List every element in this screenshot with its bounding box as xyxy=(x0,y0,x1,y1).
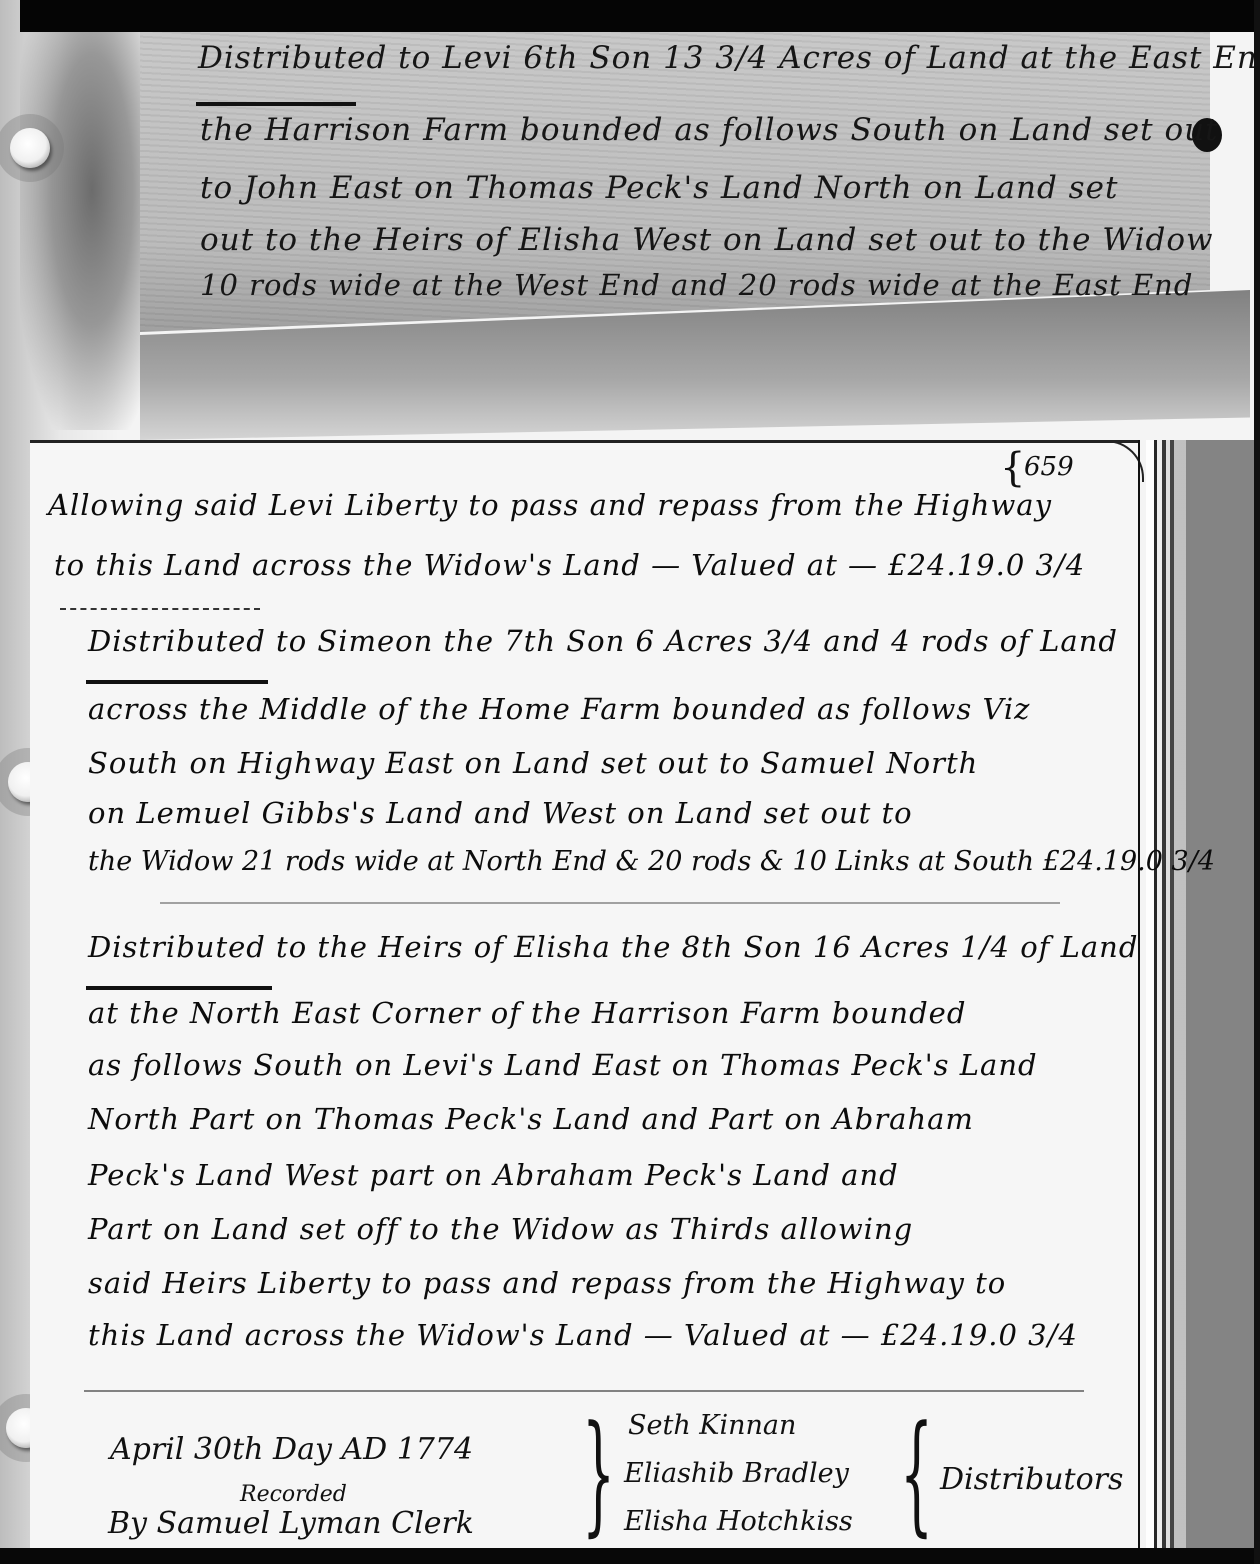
heading-underline xyxy=(86,680,268,684)
scan-shadow xyxy=(20,30,140,430)
distributor-2: Eliashib Bradley xyxy=(624,1458,849,1489)
scan-top-border xyxy=(20,0,1260,32)
footer-rule xyxy=(84,1390,1084,1392)
distributors-label: Distributors xyxy=(940,1462,1123,1497)
heading-underline xyxy=(196,102,356,106)
scan-bottom-border xyxy=(0,1548,1260,1564)
entry-3-line-6: Part on Land set off to the Widow as Thi… xyxy=(88,1212,913,1246)
page-number-brace: { xyxy=(1000,448,1025,488)
entry-1-line-1: Allowing said Levi Liberty to pass and r… xyxy=(48,488,1052,522)
entry-3-line-8: this Land across the Widow's Land — Valu… xyxy=(88,1318,1078,1352)
recorded-by-clerk: By Samuel Lyman Clerk xyxy=(108,1506,474,1541)
separator-rule xyxy=(160,902,1060,904)
entry-2-line-3: South on Highway East on Land set out to… xyxy=(88,746,978,780)
heading-underline xyxy=(86,986,272,990)
distributors-left-brace: } xyxy=(582,1408,615,1538)
slip-line-5: 10 rods wide at the West End and 20 rods… xyxy=(200,268,1193,302)
record-date: April 30th Day AD 1774 xyxy=(110,1432,473,1467)
entry-3-line-1: Distributed to the Heirs of Elisha the 8… xyxy=(88,930,1138,964)
entry-3-line-3: as follows South on Levi's Land East on … xyxy=(88,1048,1038,1082)
entry-2-line-1: Distributed to Simeon the 7th Son 6 Acre… xyxy=(88,624,1118,658)
entry-3-line-7: said Heirs Liberty to pass and repass fr… xyxy=(88,1266,1006,1300)
entry-3-line-5: Peck's Land West part on Abraham Peck's … xyxy=(88,1158,899,1192)
entry-2-line-5: the Widow 21 rods wide at North End & 20… xyxy=(88,846,1215,877)
page-number: 659 xyxy=(1024,452,1074,482)
entry-2-line-2: across the Middle of the Home Farm bound… xyxy=(88,692,1030,726)
distributor-1: Seth Kinnan xyxy=(628,1410,796,1441)
entry-2-line-4: on Lemuel Gibbs's Land and West on Land … xyxy=(88,796,913,830)
separator-dashes xyxy=(60,608,260,610)
scan-right-border xyxy=(1254,0,1260,1564)
entry-3-line-2: at the North East Corner of the Harrison… xyxy=(88,996,966,1030)
page-edge-line xyxy=(1138,440,1140,1548)
entry-3-line-4: North Part on Thomas Peck's Land and Par… xyxy=(88,1102,974,1136)
slip-line-1: Distributed to Levi 6th Son 13 3/4 Acres… xyxy=(198,40,1260,76)
binder-hole-top xyxy=(10,128,50,168)
recorded-label: Recorded xyxy=(240,1482,347,1507)
slip-line-2: the Harrison Farm bounded as follows Sou… xyxy=(200,112,1219,148)
slip-line-4: out to the Heirs of Elisha West on Land … xyxy=(200,222,1214,258)
entry-1-line-2: to this Land across the Widow's Land — V… xyxy=(54,548,1085,582)
distributor-3: Elisha Hotchkiss xyxy=(624,1506,853,1537)
distributors-right-brace: { xyxy=(900,1408,933,1538)
book-binding-edge xyxy=(1146,440,1254,1548)
slip-line-3: to John East on Thomas Peck's Land North… xyxy=(200,170,1118,206)
